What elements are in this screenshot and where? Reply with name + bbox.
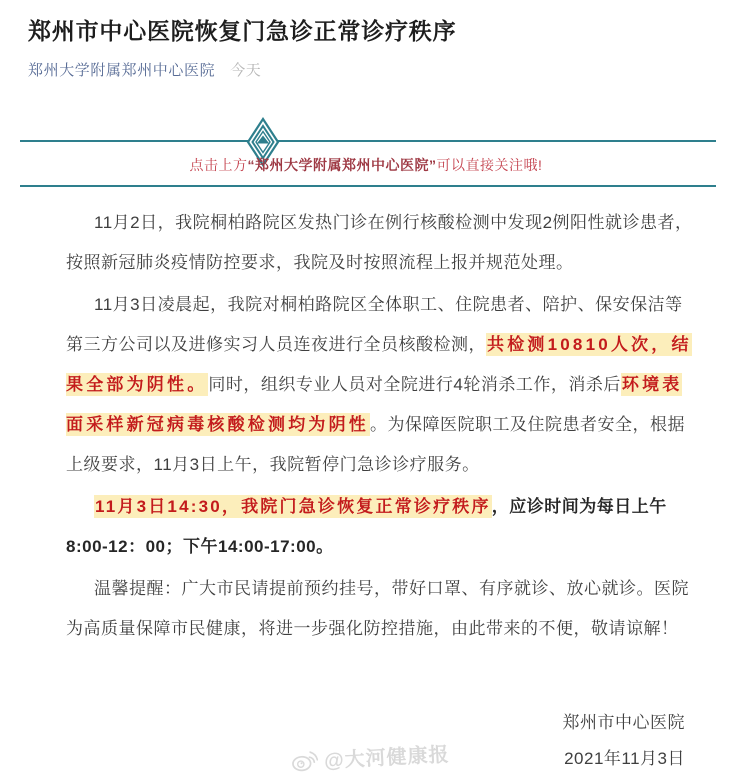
- watermark-text: @大河健康报: [323, 738, 450, 774]
- highlighted-text: 11月3日14:30，我院门急诊恢复正常诊疗秩序: [94, 495, 492, 518]
- bold-text-run: 8:00-12：00；下午14:00-17:00。: [66, 537, 334, 556]
- signature-date: 2021年11月3日: [563, 741, 686, 777]
- divider-line-top: [20, 140, 716, 142]
- publish-time: 今天: [230, 62, 261, 79]
- article-body: 11月2日，我院桐柏路院区发热门诊在例行核酸检测中发现2例阳性就诊患者，按照新冠…: [66, 203, 700, 651]
- account-link[interactable]: 郑州大学附属郑州中心医院: [28, 62, 215, 79]
- follow-hint: 点击上方“郑州大学附属郑州中心医院”可以直接关注哦!: [0, 155, 732, 175]
- paragraph-1: 11月2日，我院桐柏路院区发热门诊在例行核酸检测中发现2例阳性就诊患者，按照新冠…: [66, 203, 700, 283]
- weibo-icon: [290, 747, 318, 772]
- paragraph-3: 11月3日14:30，我院门急诊恢复正常诊疗秩序，应诊时间为每日上午8:00-1…: [66, 487, 700, 567]
- byline: 郑州大学附属郑州中心医院今天: [28, 60, 261, 81]
- paragraph-4: 温馨提醒：广大市民请提前预约挂号，带好口罩、有序就诊、放心就诊。医院为高质量保障…: [66, 569, 700, 649]
- follow-hint-suffix: 可以直接关注哦!: [437, 157, 543, 173]
- article-title: 郑州市中心医院恢复门急诊正常诊疗秩序: [28, 14, 704, 48]
- article-page: 郑州市中心医院恢复门急诊正常诊疗秩序 郑州大学附属郑州中心医院今天 点击上方“郑…: [0, 0, 732, 783]
- watermark: @大河健康报: [290, 738, 450, 775]
- bold-text-run: ，应诊时间为每日上午: [492, 497, 667, 516]
- follow-banner: 点击上方“郑州大学附属郑州中心医院”可以直接关注哦!: [0, 117, 732, 189]
- follow-hint-prefix: 点击上方: [190, 157, 248, 173]
- paragraph-2: 11月3日凌晨起，我院对桐柏路院区全体职工、住院患者、陪护、保安保洁等第三方公司…: [66, 285, 700, 485]
- signature-name: 郑州市中心医院: [563, 705, 686, 741]
- text-run: 同时，组织专业人员对全院进行4轮消杀工作，消杀后: [208, 375, 620, 394]
- signature-block: 郑州市中心医院 2021年11月3日: [563, 705, 686, 777]
- divider-line-bottom: [20, 185, 716, 187]
- follow-hint-account: “郑州大学附属郑州中心医院”: [248, 157, 437, 173]
